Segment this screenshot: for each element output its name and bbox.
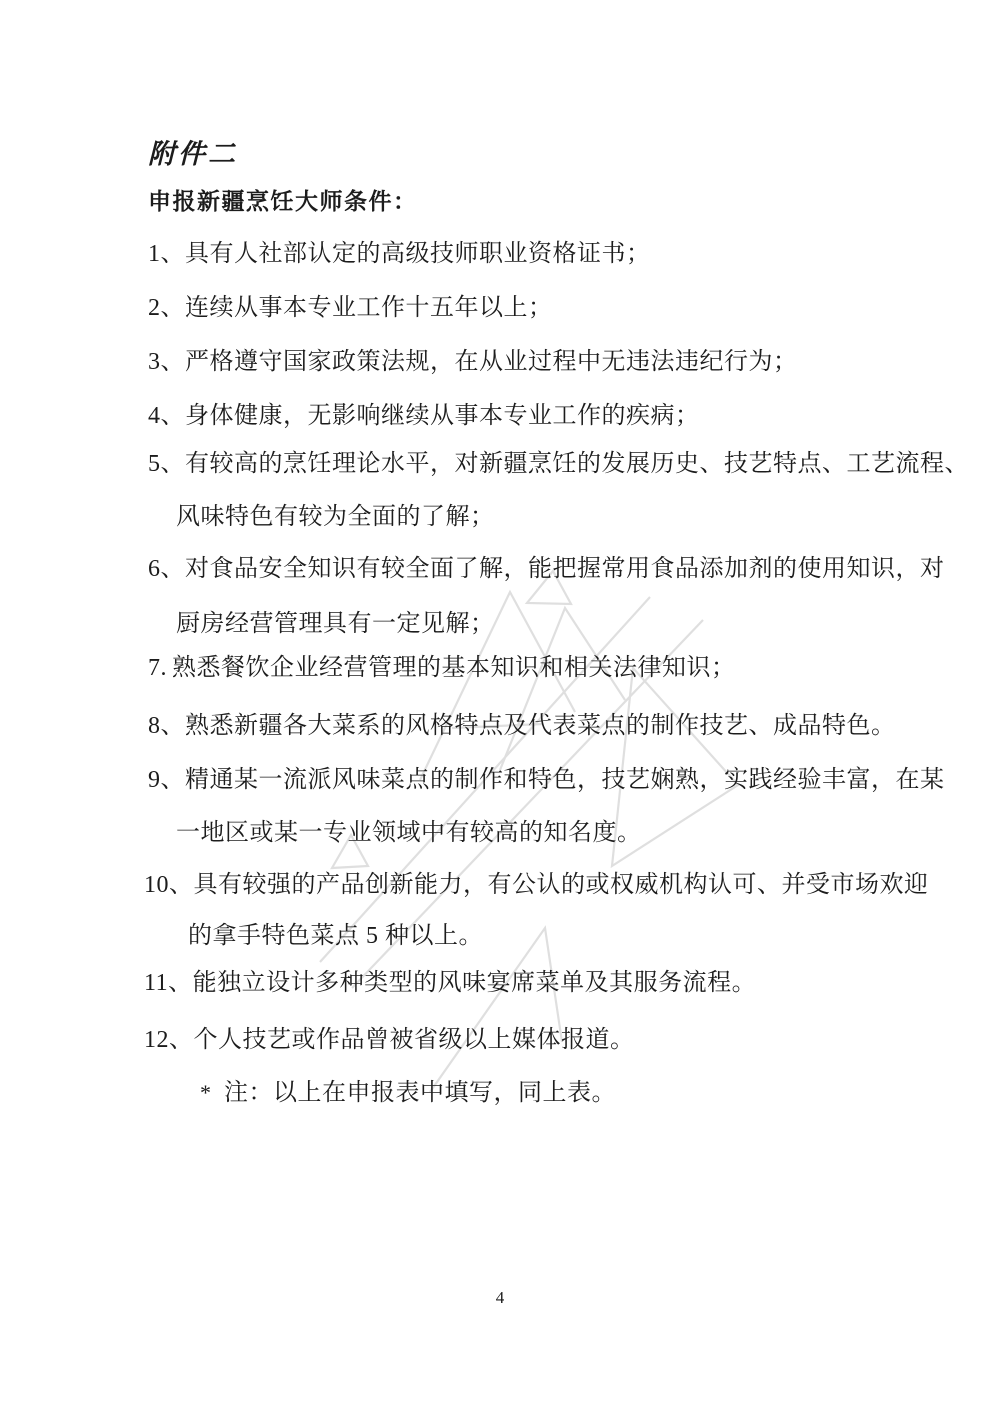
list-item-1: 1、具有人社部认定的高级技师职业资格证书； bbox=[148, 240, 651, 268]
item-text: 能独立设计多种类型的风味宴席菜单及其服务流程。 bbox=[193, 970, 757, 996]
item-number: 12、 bbox=[144, 1026, 194, 1054]
item-text: 熟悉新疆各大菜系的风格特点及代表菜点的制作技艺、成品特色。 bbox=[185, 713, 896, 739]
footnote-marker: * bbox=[200, 1079, 224, 1107]
item-number: 3、 bbox=[148, 348, 185, 376]
item-text: 身体健康，无影响继续从事本专业工作的疾病； bbox=[185, 403, 700, 429]
page-number: 4 bbox=[0, 1288, 1000, 1308]
item-number: 2、 bbox=[148, 294, 185, 322]
item-number: 4、 bbox=[148, 402, 185, 430]
item-number: 5、 bbox=[148, 450, 185, 478]
document-page: 附件二 申报新疆烹饪大师条件： 1、具有人社部认定的高级技师职业资格证书； 2、… bbox=[0, 0, 1000, 1414]
list-item-10: 10、具有较强的产品创新能力，有公认的或权威机构认可、并受市场欢迎 bbox=[144, 871, 929, 899]
footnote: *注：以上在申报表中填写，同上表。 bbox=[200, 1079, 616, 1107]
item-number: 8、 bbox=[148, 712, 185, 740]
list-item-2: 2、连续从事本专业工作十五年以上； bbox=[148, 294, 553, 322]
list-item-6: 6、对食品安全知识有较全面了解，能把握常用食品添加剂的使用知识，对 bbox=[148, 555, 945, 583]
item-text: 具有人社部认定的高级技师职业资格证书； bbox=[185, 241, 651, 267]
item-text: 严格遵守国家政策法规，在从业过程中无违法违纪行为； bbox=[185, 349, 798, 375]
list-item-5: 5、有较高的烹饪理论水平，对新疆烹饪的发展历史、技艺特点、工艺流程、 bbox=[148, 450, 969, 478]
item-number: 1、 bbox=[148, 240, 185, 268]
item-number: 9、 bbox=[148, 766, 185, 794]
attachment-label: 附件二 bbox=[148, 132, 238, 171]
list-item-4: 4、身体健康，无影响继续从事本专业工作的疾病； bbox=[148, 402, 700, 430]
list-item-12: 12、个人技艺或作品曾被省级以上媒体报道。 bbox=[144, 1026, 635, 1054]
list-item-6-continuation: 厨房经营管理具有一定见解； bbox=[176, 610, 495, 638]
list-item-7: 7.熟悉餐饮企业经营管理的基本知识和相关法律知识； bbox=[148, 654, 736, 682]
list-item-3: 3、严格遵守国家政策法规，在从业过程中无违法违纪行为； bbox=[148, 348, 798, 376]
list-item-10-continuation: 的拿手特色菜点 5 种以上。 bbox=[188, 922, 483, 950]
list-item-8: 8、熟悉新疆各大菜系的风格特点及代表菜点的制作技艺、成品特色。 bbox=[148, 712, 896, 740]
list-item-11: 11、能独立设计多种类型的风味宴席菜单及其服务流程。 bbox=[144, 969, 756, 997]
footnote-text: 注：以上在申报表中填写，同上表。 bbox=[224, 1080, 616, 1106]
item-text: 对食品安全知识有较全面了解，能把握常用食品添加剂的使用知识，对 bbox=[185, 556, 945, 582]
item-number: 7. bbox=[148, 654, 172, 682]
document-title: 申报新疆烹饪大师条件： bbox=[148, 183, 418, 216]
item-text: 精通某一流派风味菜点的制作和特色，技艺娴熟，实践经验丰富，在某 bbox=[185, 767, 945, 793]
item-text: 有较高的烹饪理论水平，对新疆烹饪的发展历史、技艺特点、工艺流程、 bbox=[185, 451, 969, 477]
item-number: 10、 bbox=[144, 871, 194, 899]
list-item-5-continuation: 风味特色有较为全面的了解； bbox=[176, 503, 495, 531]
list-item-9: 9、精通某一流派风味菜点的制作和特色，技艺娴熟，实践经验丰富，在某 bbox=[148, 766, 945, 794]
item-number: 11、 bbox=[144, 969, 193, 997]
item-text: 具有较强的产品创新能力，有公认的或权威机构认可、并受市场欢迎 bbox=[194, 872, 929, 898]
item-text: 连续从事本专业工作十五年以上； bbox=[185, 295, 553, 321]
item-text: 熟悉餐饮企业经营管理的基本知识和相关法律知识； bbox=[172, 655, 736, 681]
list-item-9-continuation: 一地区或某一专业领域中有较高的知名度。 bbox=[176, 819, 642, 847]
item-number: 6、 bbox=[148, 555, 185, 583]
item-text: 个人技艺或作品曾被省级以上媒体报道。 bbox=[194, 1027, 635, 1053]
